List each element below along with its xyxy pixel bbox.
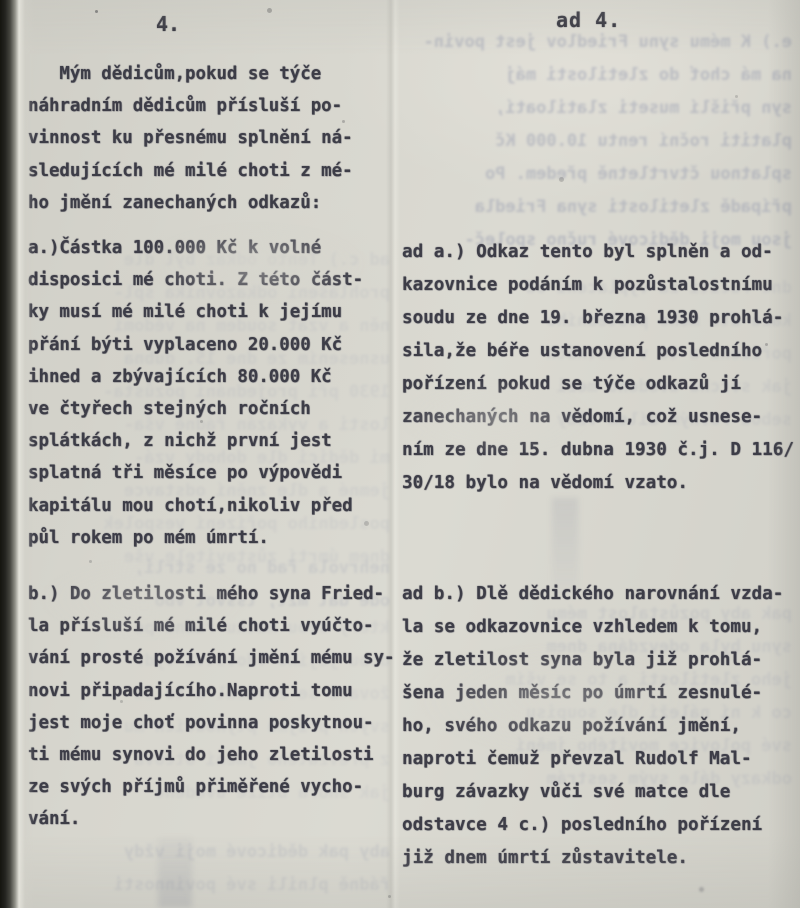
- text-line: la přísluší mé milé choti vyúčto-: [28, 610, 394, 642]
- text-line: odstavce 4 c.) posledního pořízení: [402, 809, 800, 842]
- left-text-column: Mým dědicům,pokud se týčenáhradním dědic…: [28, 0, 394, 100]
- paragraph-intro: Mým dědicům,pokud se týčenáhradním dědic…: [28, 58, 394, 219]
- text-line: řádně plnili své povinnosti: [30, 869, 390, 902]
- text-line: sila,že béře ustanovení posledního: [402, 335, 800, 368]
- text-line: splatná tři měsíce po výpovědi: [28, 457, 394, 489]
- text-line: splatnou čtvrtletně předem. Po: [414, 158, 792, 191]
- text-line: vání.: [28, 803, 394, 835]
- text-line: kazovnice podáním k pozůstalostnímu: [402, 269, 800, 302]
- text-line: náhradním dědicům přísluší po-: [28, 90, 394, 122]
- text-line: sledujících mé milé choti z mé-: [28, 155, 394, 187]
- text-line: ho jmění zanechaných odkazů:: [28, 187, 394, 219]
- text-line: ihned a zbývajících 80.000 Kč: [28, 361, 394, 393]
- text-line: 30/18 bylo na vědomí vzato.: [402, 467, 800, 500]
- paragraph-ad-a: ad a.) Odkaz tento byl splněn a od-kazov…: [402, 236, 800, 500]
- text-line: a.)Částka 100.000 Kč k volné: [28, 232, 394, 264]
- text-line: ti mému synovi do jeho zletilosti: [28, 739, 394, 771]
- text-line: platiti roční rentu 10.000 Kč: [414, 125, 792, 158]
- text-line: b.) Do zletilosti mého syna Fried-: [28, 578, 394, 610]
- text-line: burg závazky vůči své matce dle: [402, 776, 800, 809]
- text-line: syn přišlí museti zlatiloatí,: [414, 92, 792, 125]
- text-line: novi připadajícího.Naproti tomu: [28, 675, 394, 707]
- text-line: ky musí mé milé choti k jejímu: [28, 296, 394, 328]
- ink-smudge: [158, 838, 192, 908]
- text-line: vinnost ku přesnému splnění ná-: [28, 122, 394, 154]
- text-line: šena jeden měsíc po úmrtí zesnulé-: [402, 677, 800, 710]
- text-line: Mým dědicům,pokud se týče: [28, 58, 394, 90]
- text-line: splátkách, z nichž první jest: [28, 425, 394, 457]
- text-line: la se odkazovnice vzhledem k tomu,: [402, 611, 800, 644]
- text-line: ad b.) Dlě dědického narovnání vzda-: [402, 578, 800, 611]
- paragraph-b: b.) Do zletilosti mého syna Fried-la pří…: [28, 578, 394, 836]
- text-line: naproti čemuž převzal Rudolf Mal-: [402, 743, 800, 776]
- text-line: půl rokem po mém úmrtí.: [28, 522, 394, 554]
- text-line: vání prosté požívání jmění mému sy-: [28, 642, 394, 674]
- text-line: že zletilost syna byla již prohlá-: [402, 644, 800, 677]
- text-line: přání býti vyplaceno 20.000 Kč: [28, 329, 394, 361]
- text-line: pořízení pokud se týče odkazů jí: [402, 368, 800, 401]
- text-line: ze svých příjmů přiměřené vycho-: [28, 771, 394, 803]
- text-line: soudu ze dne 19. března 1930 prohlá-: [402, 302, 800, 335]
- text-line: ve čtyřech stejných ročních: [28, 393, 394, 425]
- text-line: ho, svého odkazu požívání jmění,: [402, 710, 800, 743]
- paragraph-a: a.)Částka 100.000 Kč k volnédisposici mé…: [28, 232, 394, 554]
- text-line: již dnem úmrtí zůstavitele.: [402, 842, 800, 875]
- text-line: ním ze dne 15. dubna 1930 č.j. D 116/: [402, 434, 800, 467]
- text-line: kapitálu mou chotí,nikoliv před: [28, 490, 394, 522]
- scanned-document-page: e.) K mému synu Friedlov jest povin-na m…: [0, 0, 800, 908]
- text-line: zanechaných na vědomí, což usnese-: [402, 401, 800, 434]
- bleedthrough-text-block: aby pak dědicové moji vždyřádně plnili s…: [30, 836, 390, 902]
- text-line: případě zletilosti syna Friedla: [414, 191, 792, 224]
- text-line: jest moje choť povinna poskytnou-: [28, 707, 394, 739]
- text-line: ad a.) Odkaz tento byl splněn a od-: [402, 236, 800, 269]
- right-text-column: ad a.) Odkaz tento byl splněn a od-kazov…: [402, 0, 800, 80]
- text-line: disposici mé choti. Z této část-: [28, 264, 394, 296]
- paragraph-ad-b: ad b.) Dlě dědického narovnání vzda-la s…: [402, 578, 800, 875]
- text-line: aby pak dědicové moji vždy: [30, 836, 390, 869]
